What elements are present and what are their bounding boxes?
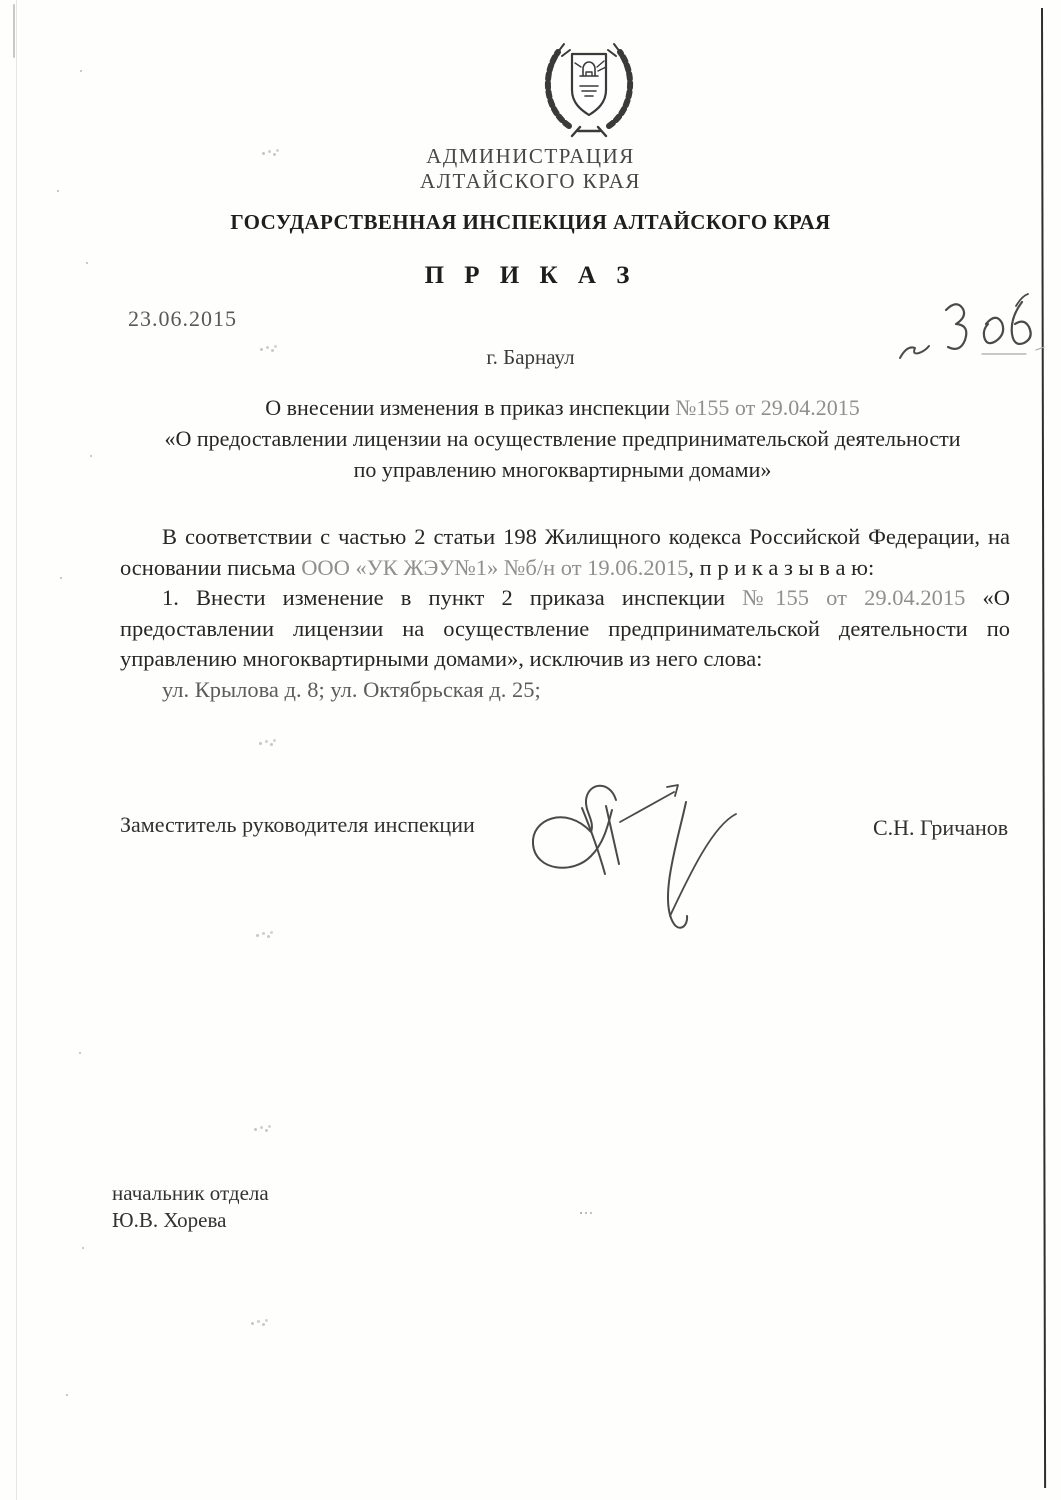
handwritten-signature-icon [520,770,790,955]
excluded-addresses: ул. Крылова д. 8; ул. Октябрьская д. 25; [120,675,1010,706]
p2-order-ref: №155 от 29.04.2015 [742,585,965,610]
executor-position: начальник отдела [112,1180,269,1207]
p1-prikazyvaiu: , п р и к а з ы в а ю: [688,555,874,580]
place-of-issue: г. Барнаул [0,345,1061,370]
order-title: О внесении изменения в приказ инспекции … [70,392,1055,485]
title-line3: по управлению многоквартирными домами» [354,457,772,482]
scan-smudge [256,934,259,937]
paragraph-amendment: 1. Внести изменение в пункт 2 приказа ин… [120,583,1010,675]
paragraph-legal-basis: В соответствии с частью 2 статьи 198 Жил… [120,522,1010,583]
title-line1-ref: №155 от 29.04.2015 [675,395,859,420]
p1-letter-ref: ООО «УК ЖЭУ№1» №б/н от 19.06.2015 [301,555,688,580]
handwritten-order-number [890,288,1046,385]
order-body: В соответствии с частью 2 статьи 198 Жил… [120,522,1010,705]
scan-speck [82,1247,84,1249]
inspection-name: ГОСУДАРСТВЕННАЯ ИНСПЕКЦИЯ АЛТАЙСКОГО КРА… [0,210,1061,235]
signer-position: Заместитель руководителя инспекции [120,812,475,838]
document-type-title: П Р И К А З [0,262,1061,290]
scan-speck [66,1394,68,1396]
scan-speck [79,1052,81,1054]
executor-block: начальник отдела Ю.В. Хорева [112,1180,269,1234]
org-name-line1: АДМИНИСТРАЦИЯ [0,144,1061,169]
scan-smudge [251,1322,254,1325]
signer-name: С.Н. Гричанов [873,815,1008,841]
title-line1: О внесении изменения в приказ инспекции [265,395,675,420]
scan-mark [13,4,15,58]
scan-speck [60,577,62,579]
scan-smudge [259,742,262,745]
altai-krai-coat-of-arms-icon [536,34,642,145]
order-date: 23.06.2015 [128,306,237,332]
scan-speck [80,70,82,72]
scan-smudge [254,1128,257,1131]
scanned-order-page: АДМИНИСТРАЦИЯ АЛТАЙСКОГО КРАЯ ГОСУДАРСТВ… [0,0,1061,1500]
executor-name: Ю.В. Хорева [112,1207,269,1234]
scan-dots [580,1212,582,1214]
title-line2: «О предоставлении лицензии на осуществле… [164,426,960,451]
org-name-line2: АЛТАЙСКОГО КРАЯ [0,169,1061,194]
p2-text: 1. Внести изменение в пункт 2 приказа ин… [162,585,742,610]
